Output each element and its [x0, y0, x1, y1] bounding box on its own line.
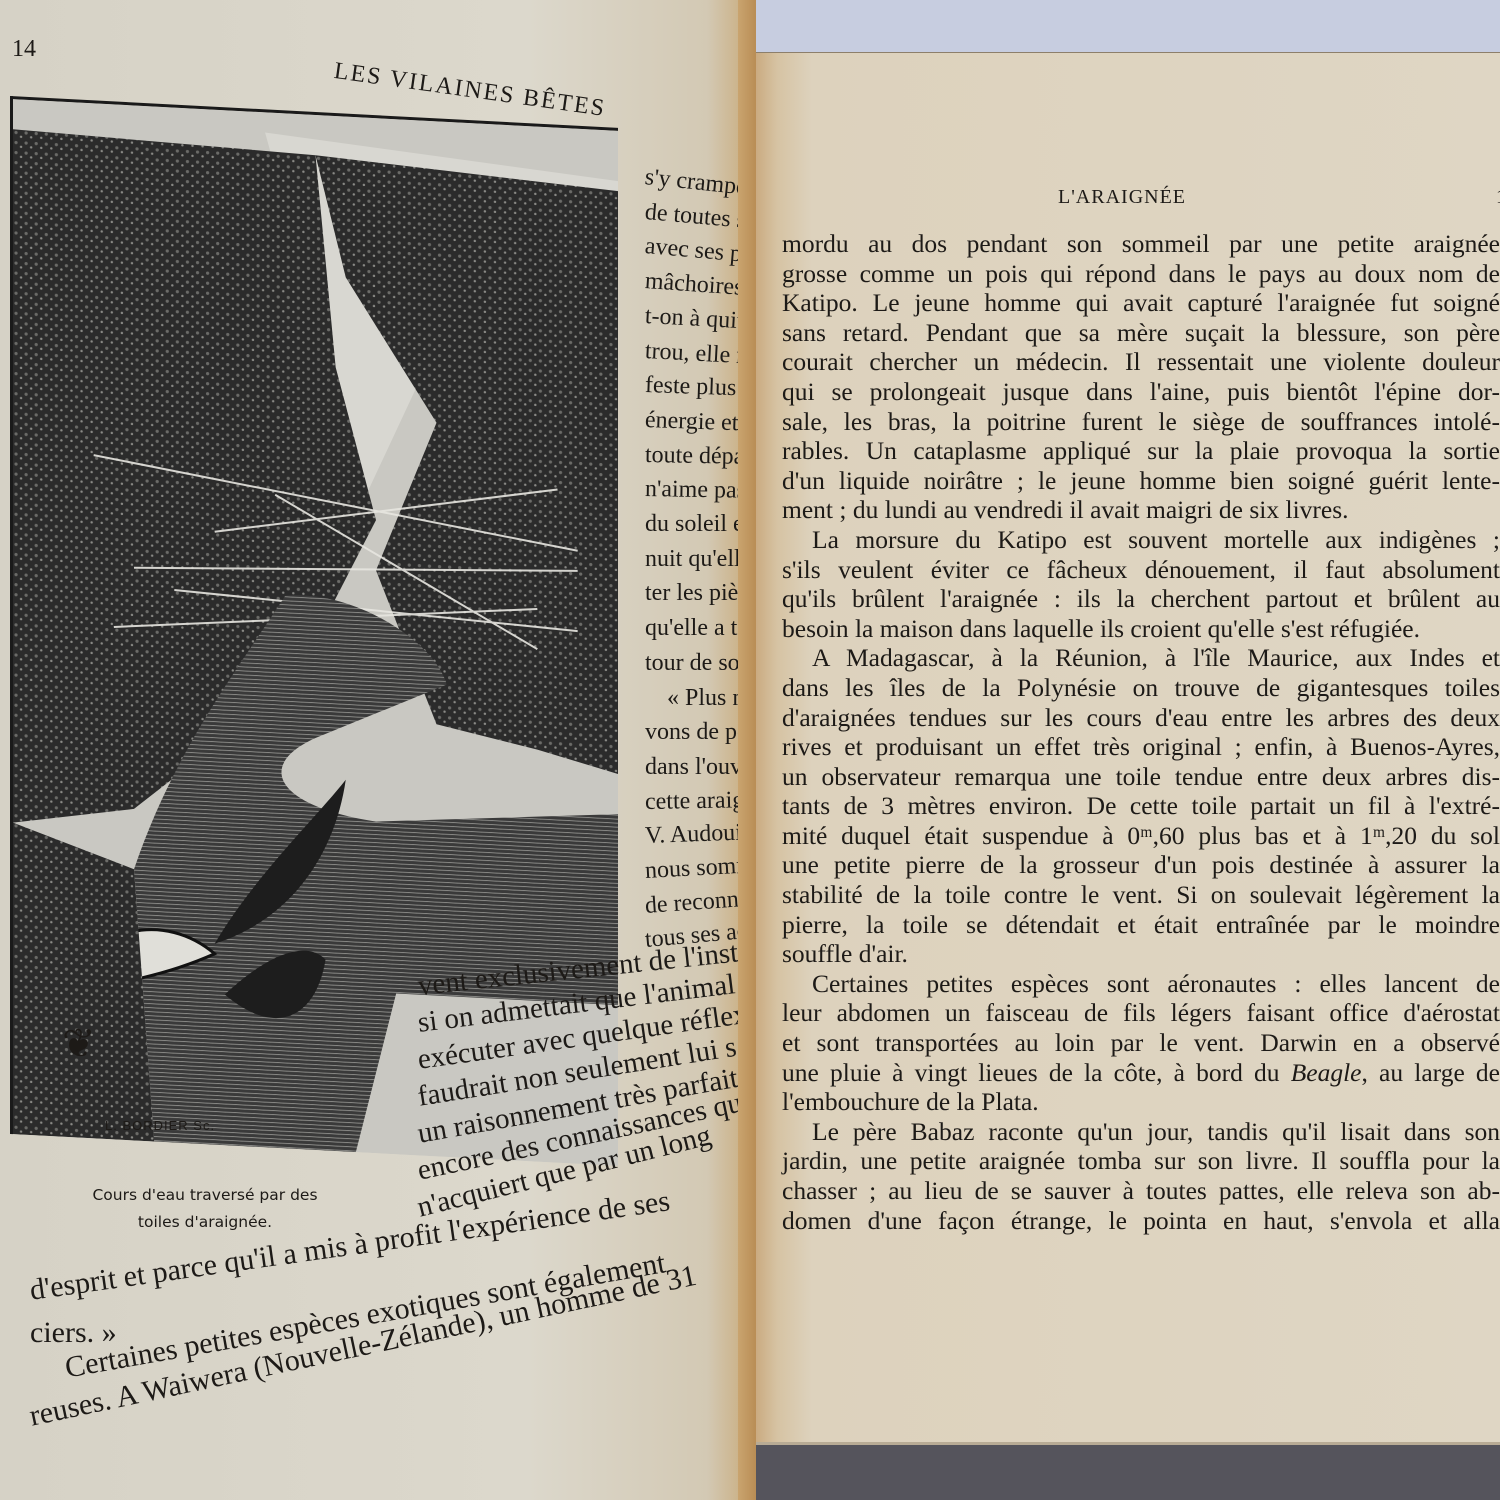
text-line: qui se prolongeait jusque dans l'aine, p… [782, 377, 1500, 407]
text-line: une petite pierre de la grosseur d'un po… [782, 850, 1500, 880]
text-segment: une pluie à vingt lieues de la côte, à b… [782, 1058, 1291, 1087]
right-running-head: L'ARAIGNÉE [752, 186, 1492, 209]
background-bottom [740, 1440, 1500, 1500]
left-running-head: LES VILAINES BÊTES [332, 58, 607, 123]
text-line: n'aime pas la [645, 472, 752, 509]
paragraph: Le père Babaz raconte qu'un jour, tandis… [782, 1117, 1500, 1235]
caption-line: Cours d'eau traversé par des [20, 1182, 390, 1209]
book-spine-gutter [738, 0, 756, 1500]
text-line: un observateur remarqua une toile tendue… [782, 762, 1500, 792]
paragraph: La morsure du Katipo est souvent mortell… [782, 525, 1500, 643]
text-line: tour de son le [645, 646, 752, 681]
paragraph: A Madagascar, à la Réunion, à l'île Maur… [782, 643, 1500, 969]
text-line: V. Audouin [644, 814, 752, 854]
paragraph: Certaines petites espèces sont aéronaute… [782, 969, 1500, 1117]
engraver-monogram-icon: ❦ [62, 1020, 96, 1067]
text-line: feste plus a [644, 368, 752, 408]
text-line: leur abdomen un faisceau de fils légers … [782, 998, 1500, 1028]
text-line: ter les pièges [645, 576, 752, 611]
text-line: stabilité de la toile contre le vent. Si… [782, 880, 1500, 910]
text-line: grosse comme un pois qui répond dans le … [782, 259, 1500, 289]
engraver-signature: L. BORDIER Sc. [105, 1118, 215, 1133]
text-line: pierre, la toile se détendait et était e… [782, 910, 1500, 940]
italic-ship-name: Beagle [1291, 1058, 1362, 1087]
text-line: mordu au dos pendant son sommeil par une… [782, 229, 1500, 259]
text-line: cette araignée [645, 782, 752, 819]
text-line: mité duquel était suspendue à 0ᵐ,60 plus… [782, 821, 1500, 851]
left-page: 14 LES VILAINES BÊTES [0, 0, 752, 1500]
text-line: sale, les bras, la poitrine furent le si… [782, 407, 1500, 437]
text-line: qu'ils brûlent l'araignée : ils la cherc… [782, 584, 1500, 614]
text-line: sans retard. Pendant que sa mère suçait … [782, 318, 1500, 348]
left-page-number: 14 [12, 36, 36, 63]
text-line: énergie et [644, 403, 752, 443]
text-line: dans l'ouvrag [645, 750, 752, 785]
text-line: vons de per [645, 715, 752, 750]
text-line-with-italic: une pluie à vingt lieues de la côte, à b… [782, 1058, 1500, 1088]
text-line: rives et produisant un effet très origin… [782, 732, 1500, 762]
text-line: s'ils veulent éviter ce fâcheux dénoueme… [782, 555, 1500, 585]
text-line: et sont transportées au loin par le vent… [782, 1028, 1500, 1058]
text-line: besoin la maison dans laquelle ils croie… [782, 614, 1500, 644]
text-line: Certaines petites espèces sont aéronaute… [782, 969, 1500, 999]
text-line: rables. Un cataplasme appliqué sur la pl… [782, 436, 1500, 466]
text-segment: , au large de [1362, 1058, 1500, 1087]
text-line: « Plus nous [645, 681, 752, 716]
text-line: du soleil et [645, 507, 752, 542]
text-line: domen d'une façon étrange, le pointa en … [782, 1206, 1500, 1236]
bottom-text-block: d'esprit et parce qu'il a mis à profit l… [30, 1270, 711, 1438]
text-line: l'embouchure de la Plata. [782, 1087, 1500, 1117]
text-line: courait chercher un médecin. Il ressenta… [782, 347, 1500, 377]
text-line: d'un liquide noirâtre ; le jeune homme b… [782, 466, 1500, 496]
text-line: chasser ; au lieu de se sauver à toutes … [782, 1176, 1500, 1206]
text-line: toute dépaysée [645, 438, 752, 475]
text-line: dans les îles de la Polynésie on trouve … [782, 673, 1500, 703]
text-line: A Madagascar, à la Réunion, à l'île Maur… [782, 643, 1500, 673]
text-line: Katipo. Le jeune homme qui avait capturé… [782, 288, 1500, 318]
text-line: d'araignées tendues sur les cours d'eau … [782, 703, 1500, 733]
text-line: nuit qu'elle v [645, 542, 752, 577]
right-page: L'ARAIGNÉE 15 mordu au dos pendant son s… [752, 52, 1500, 1445]
text-line: jardin, une petite araignée tomba sur so… [782, 1146, 1500, 1176]
right-page-number: 15 [1496, 186, 1500, 209]
text-line: tants de 3 mètres environ. De cette toil… [782, 791, 1500, 821]
text-line: souffle d'air. [782, 939, 1500, 969]
text-line: La morsure du Katipo est souvent mortell… [782, 525, 1500, 555]
text-line: qu'elle a tendu [645, 611, 752, 646]
right-page-body: mordu au dos pendant son sommeil par une… [782, 229, 1500, 1235]
narrow-text-column: s'y cramponne de toutes ses avec ses pat… [645, 160, 752, 958]
paragraph: mordu au dos pendant son sommeil par une… [782, 229, 1500, 525]
text-line: ment ; du lundi au vendredi il avait mai… [782, 495, 1500, 525]
text-line: Le père Babaz raconte qu'un jour, tandis… [782, 1117, 1500, 1147]
